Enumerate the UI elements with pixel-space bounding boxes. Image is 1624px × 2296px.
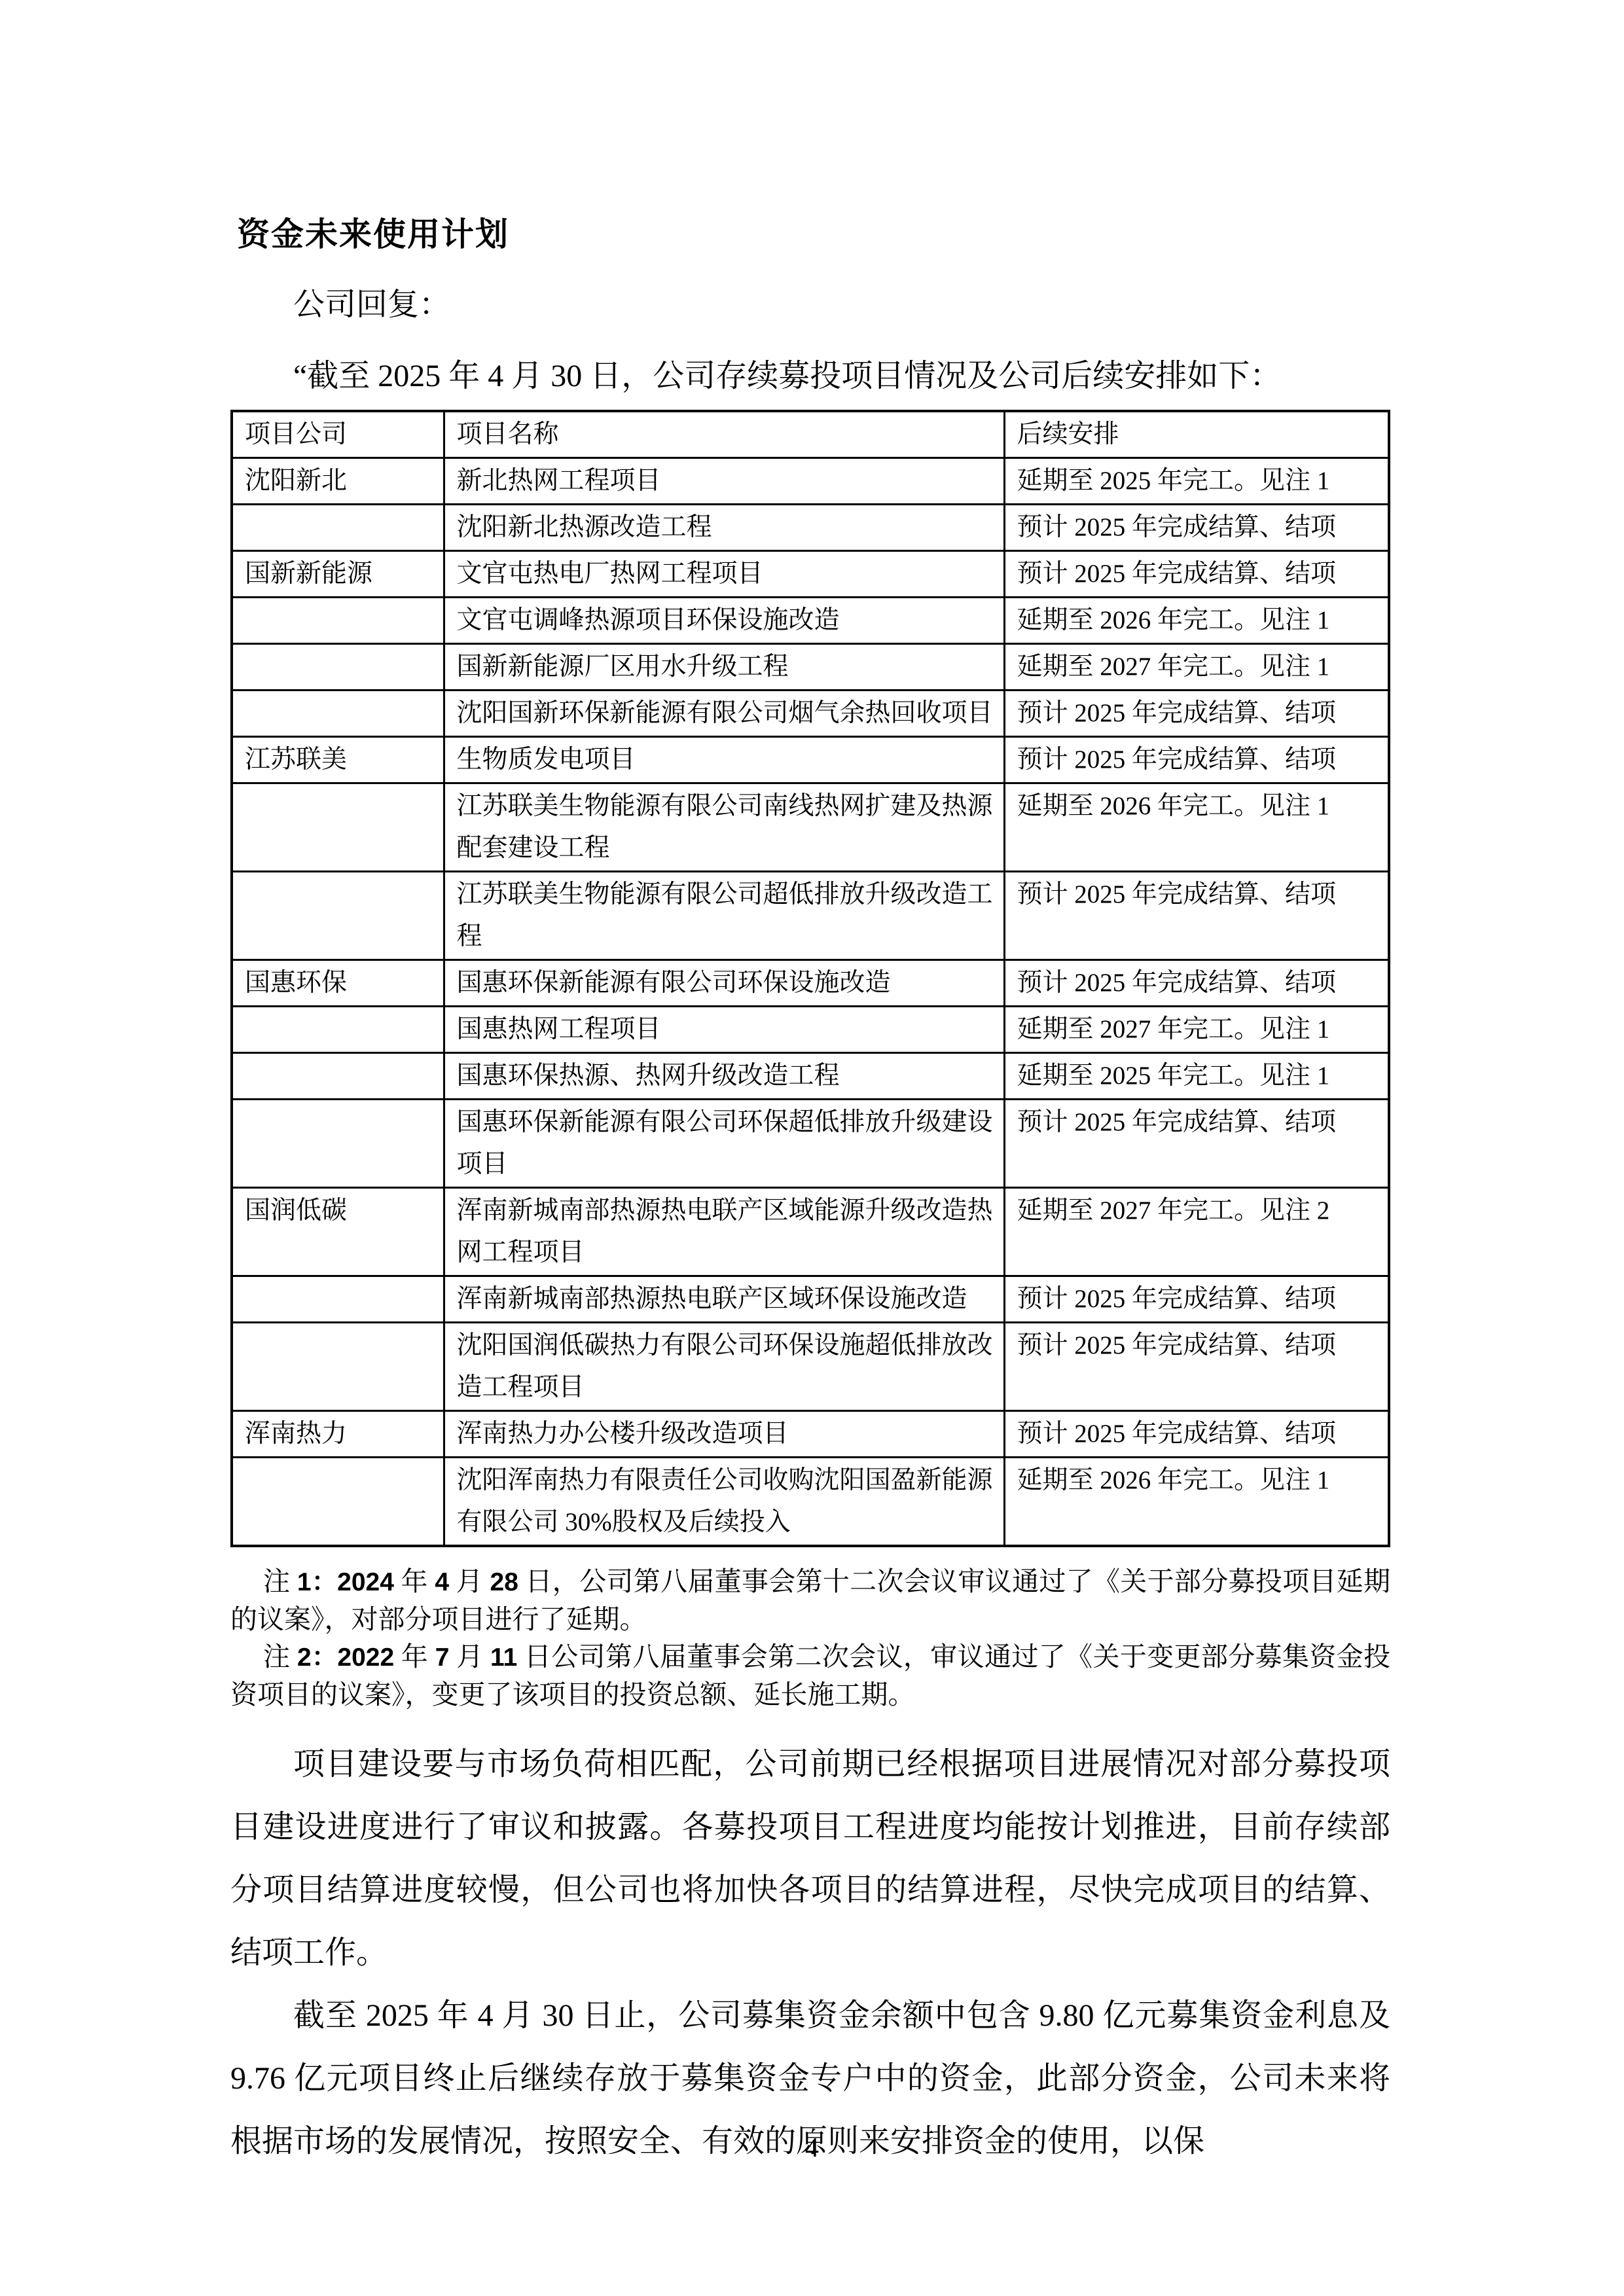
cell-plan: 延期至 2026 年完工。见注 1 — [1004, 783, 1389, 872]
cell-company — [232, 1276, 444, 1323]
table-row: 国惠环保国惠环保新能源有限公司环保设施改造预计 2025 年完成结算、结项 — [232, 960, 1389, 1007]
cell-plan: 预计 2025 年完成结算、结项 — [1004, 872, 1389, 960]
table-row: 江苏联美生物能源有限公司南线热网扩建及热源配套建设工程延期至 2026 年完工。… — [232, 783, 1389, 872]
cell-plan: 预计 2025 年完成结算、结项 — [1004, 1276, 1389, 1323]
column-header-company: 项目公司 — [232, 411, 444, 458]
cell-company: 国新新能源 — [232, 551, 444, 598]
cell-company — [232, 1458, 444, 1547]
cell-company — [232, 598, 444, 644]
section-heading: 资金未来使用计划 — [237, 208, 1390, 255]
document-page: 资金未来使用计划 公司回复： “截至 2025 年 4 月 30 日，公司存续募… — [0, 0, 1624, 2296]
cell-project: 沈阳新北热源改造工程 — [444, 505, 1004, 551]
cell-company — [232, 505, 444, 551]
cell-project: 浑南新城南部热源热电联产区域环保设施改造 — [444, 1276, 1004, 1323]
table-row: 沈阳新北新北热网工程项目延期至 2025 年完工。见注 1 — [232, 458, 1389, 505]
cell-plan: 预计 2025 年完成结算、结项 — [1004, 737, 1389, 783]
cell-company — [232, 1100, 444, 1188]
cell-project: 文官屯调峰热源项目环保设施改造 — [444, 598, 1004, 644]
cell-plan: 延期至 2027 年完工。见注 1 — [1004, 1007, 1389, 1053]
cell-project: 文官屯热电厂热网工程项目 — [444, 551, 1004, 598]
cell-project: 新北热网工程项目 — [444, 458, 1004, 505]
cell-company — [232, 1007, 444, 1053]
cell-plan: 预计 2025 年完成结算、结项 — [1004, 1100, 1389, 1188]
table-row: 沈阳新北热源改造工程预计 2025 年完成结算、结项 — [232, 505, 1389, 551]
cell-project: 沈阳国新环保新能源有限公司烟气余热回收项目 — [444, 691, 1004, 737]
cell-company: 江苏联美 — [232, 737, 444, 783]
cell-plan: 延期至 2026 年完工。见注 1 — [1004, 1458, 1389, 1547]
table-row: 江苏联美生物能源有限公司超低排放升级改造工程预计 2025 年完成结算、结项 — [232, 872, 1389, 960]
cell-company: 国惠环保 — [232, 960, 444, 1007]
cell-plan: 预计 2025 年完成结算、结项 — [1004, 1323, 1389, 1411]
cell-company — [232, 783, 444, 872]
cell-plan: 预计 2025 年完成结算、结项 — [1004, 960, 1389, 1007]
intro-paragraph: “截至 2025 年 4 月 30 日，公司存续募投项目情况及公司后续安排如下： — [230, 350, 1390, 395]
cell-project: 江苏联美生物能源有限公司南线热网扩建及热源配套建设工程 — [444, 783, 1004, 872]
table-row: 国润低碳浑南新城南部热源热电联产区域能源升级改造热网工程项目延期至 2027 年… — [232, 1188, 1389, 1276]
cell-project: 国惠环保新能源有限公司环保设施改造 — [444, 960, 1004, 1007]
cell-plan: 预计 2025 年完成结算、结项 — [1004, 691, 1389, 737]
cell-project: 沈阳浑南热力有限责任公司收购沈阳国盈新能源有限公司 30%股权及后续投入 — [444, 1458, 1004, 1547]
cell-project: 浑南新城南部热源热电联产区域能源升级改造热网工程项目 — [444, 1188, 1004, 1276]
cell-company — [232, 691, 444, 737]
cell-project: 国新新能源厂区用水升级工程 — [444, 644, 1004, 691]
note-2: 注 2：2022 年 7 月 11 日公司第八届董事会第二次会议，审议通过了《关… — [230, 1638, 1390, 1713]
page-number: 4 — [0, 2132, 1624, 2164]
cell-company — [232, 1323, 444, 1411]
reply-label: 公司回复： — [230, 279, 1390, 324]
cell-project: 国惠环保热源、热网升级改造工程 — [444, 1053, 1004, 1100]
table-row: 浑南新城南部热源热电联产区域环保设施改造预计 2025 年完成结算、结项 — [232, 1276, 1389, 1323]
cell-company — [232, 872, 444, 960]
cell-project: 生物质发电项目 — [444, 737, 1004, 783]
column-header-project: 项目名称 — [444, 411, 1004, 458]
cell-plan: 延期至 2025 年完工。见注 1 — [1004, 458, 1389, 505]
table-row: 浑南热力浑南热力办公楼升级改造项目预计 2025 年完成结算、结项 — [232, 1411, 1389, 1458]
cell-plan: 预计 2025 年完成结算、结项 — [1004, 551, 1389, 598]
table-header-row: 项目公司 项目名称 后续安排 — [232, 411, 1389, 458]
cell-project: 国惠热网工程项目 — [444, 1007, 1004, 1053]
cell-plan: 延期至 2027 年完工。见注 1 — [1004, 644, 1389, 691]
note-1: 注 1：2024 年 4 月 28 日，公司第八届董事会第十二次会议审议通过了《… — [230, 1563, 1390, 1638]
table-row: 文官屯调峰热源项目环保设施改造延期至 2026 年完工。见注 1 — [232, 598, 1389, 644]
cell-project: 沈阳国润低碳热力有限公司环保设施超低排放改造工程项目 — [444, 1323, 1004, 1411]
table-row: 江苏联美生物质发电项目预计 2025 年完成结算、结项 — [232, 737, 1389, 783]
table-row: 国惠环保新能源有限公司环保超低排放升级建设项目预计 2025 年完成结算、结项 — [232, 1100, 1389, 1188]
table-row: 沈阳浑南热力有限责任公司收购沈阳国盈新能源有限公司 30%股权及后续投入延期至 … — [232, 1458, 1389, 1547]
table-row: 沈阳国润低碳热力有限公司环保设施超低排放改造工程项目预计 2025 年完成结算、… — [232, 1323, 1389, 1411]
cell-project: 国惠环保新能源有限公司环保超低排放升级建设项目 — [444, 1100, 1004, 1188]
cell-plan: 预计 2025 年完成结算、结项 — [1004, 1411, 1389, 1458]
cell-project: 江苏联美生物能源有限公司超低排放升级改造工程 — [444, 872, 1004, 960]
column-header-plan: 后续安排 — [1004, 411, 1389, 458]
page-content: 资金未来使用计划 公司回复： “截至 2025 年 4 月 30 日，公司存续募… — [230, 208, 1390, 2173]
cell-company — [232, 644, 444, 691]
table-row: 国惠热网工程项目延期至 2027 年完工。见注 1 — [232, 1007, 1389, 1053]
cell-plan: 延期至 2025 年完工。见注 1 — [1004, 1053, 1389, 1100]
cell-company: 浑南热力 — [232, 1411, 444, 1458]
cell-plan: 延期至 2026 年完工。见注 1 — [1004, 598, 1389, 644]
table-row: 国新新能源文官屯热电厂热网工程项目预计 2025 年完成结算、结项 — [232, 551, 1389, 598]
cell-company: 国润低碳 — [232, 1188, 444, 1276]
paragraph-project-progress: 项目建设要与市场负荷相匹配，公司前期已经根据项目进展情况对部分募投项目建设进度进… — [230, 1733, 1390, 1984]
cell-project: 浑南热力办公楼升级改造项目 — [444, 1411, 1004, 1458]
table-row: 沈阳国新环保新能源有限公司烟气余热回收项目预计 2025 年完成结算、结项 — [232, 691, 1389, 737]
table-row: 国惠环保热源、热网升级改造工程延期至 2025 年完工。见注 1 — [232, 1053, 1389, 1100]
table-row: 国新新能源厂区用水升级工程延期至 2027 年完工。见注 1 — [232, 644, 1389, 691]
cell-company: 沈阳新北 — [232, 458, 444, 505]
cell-plan: 延期至 2027 年完工。见注 2 — [1004, 1188, 1389, 1276]
projects-table: 项目公司 项目名称 后续安排 沈阳新北新北热网工程项目延期至 2025 年完工。… — [230, 410, 1390, 1547]
cell-company — [232, 1053, 444, 1100]
cell-plan: 预计 2025 年完成结算、结项 — [1004, 505, 1389, 551]
